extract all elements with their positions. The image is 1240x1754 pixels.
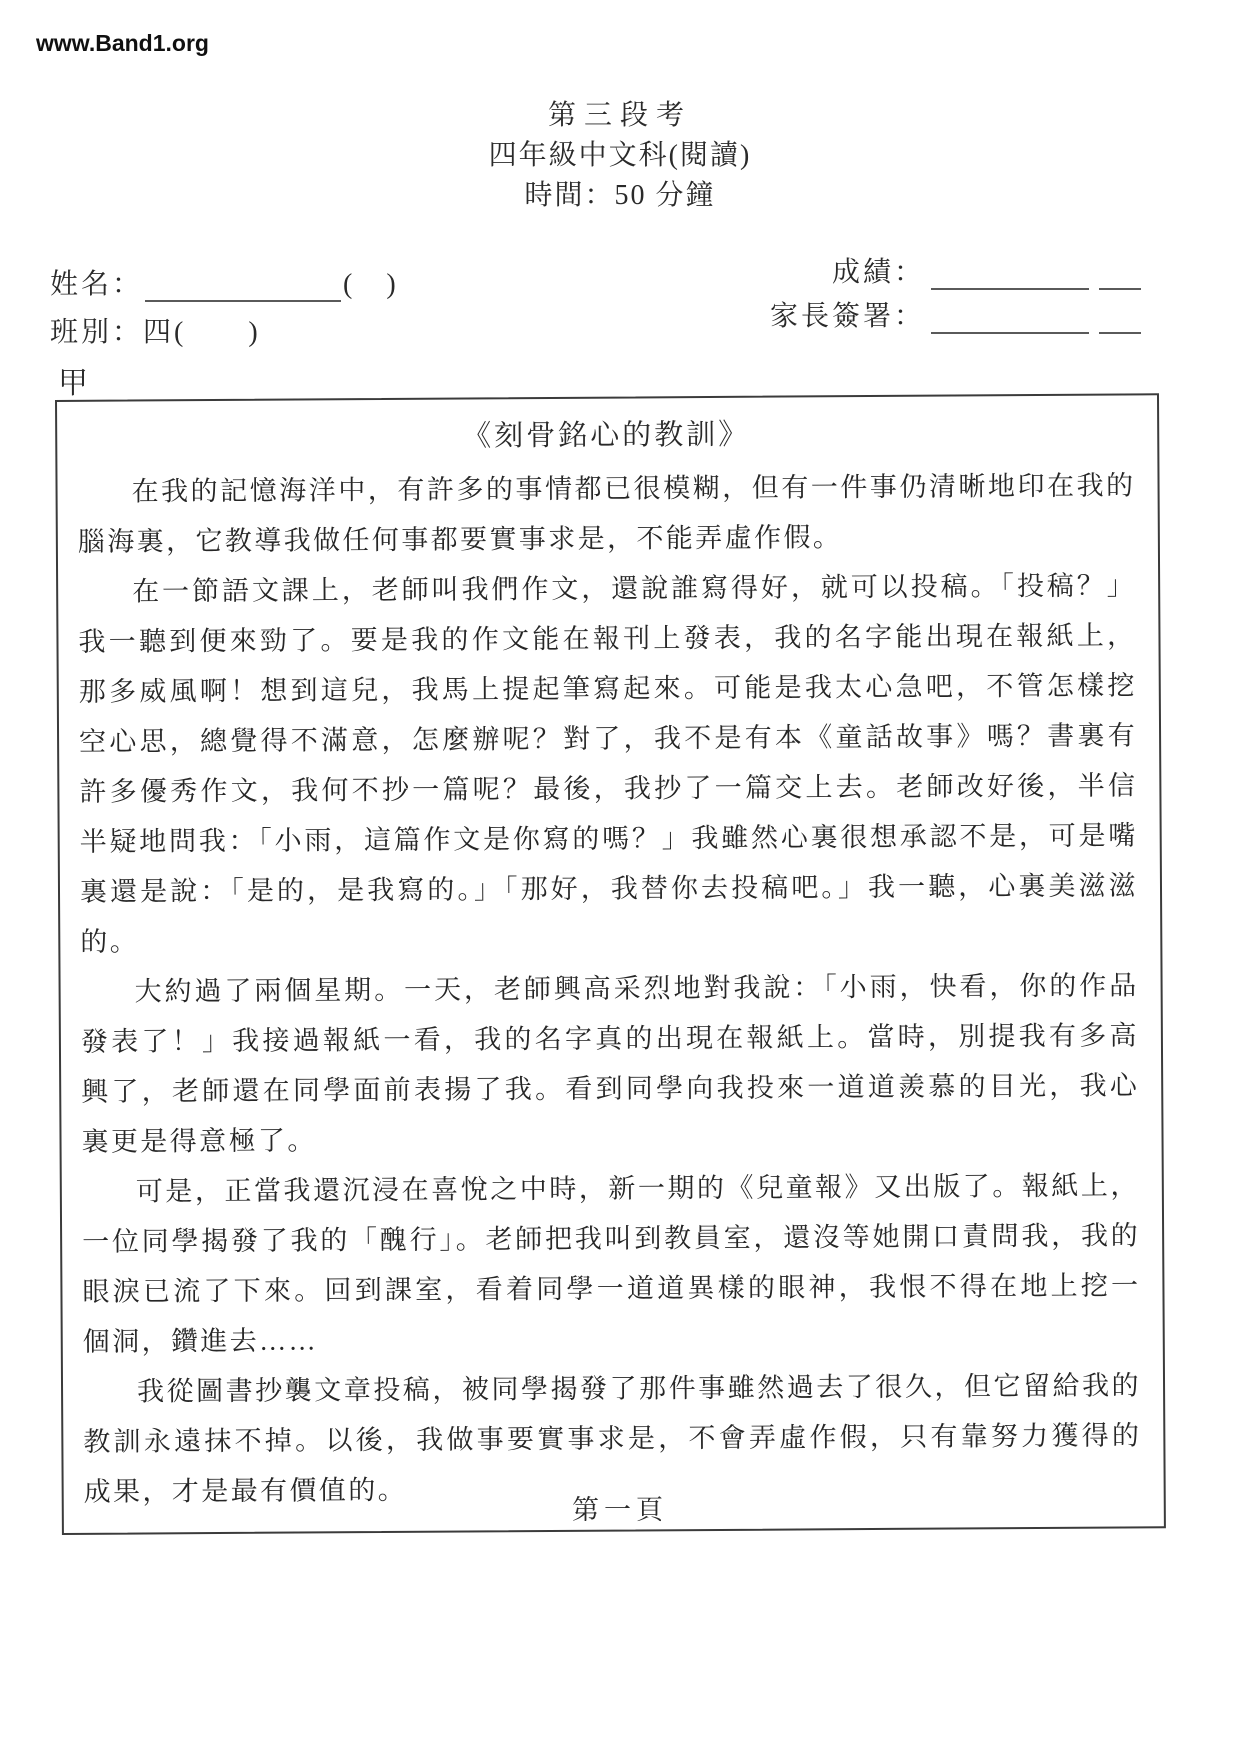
site-watermark: www.Band1.org bbox=[36, 30, 209, 57]
exam-paper-page: www.Band1.org 第三段考 四年級中文科(閱讀) 時間：50 分鐘 姓… bbox=[0, 0, 1240, 1754]
parent-sign-label: 家長簽署： bbox=[770, 294, 925, 334]
class-field-row: 班別： 四( ) bbox=[50, 302, 399, 350]
exam-title: 第三段考 bbox=[0, 96, 1240, 136]
page-number: 第一頁 bbox=[0, 1488, 1240, 1527]
passage-body: 在我的記憶海洋中，有許多的事情都已很模糊，但有一件事仍清晰地印在我的腦海裏，它教… bbox=[77, 460, 1141, 1516]
passage-paragraph: 在一節語文課上，老師叫我們作文，還說誰寫得好，就可以投稿。「投稿？」我一聽到便來… bbox=[78, 560, 1138, 966]
exam-header: 第三段考 四年級中文科(閱讀) 時間：50 分鐘 bbox=[0, 96, 1240, 216]
score-field-label: 成績： bbox=[775, 250, 925, 290]
passage-paragraph: 可是，正當我還沉浸在喜悅之中時，新一期的《兒童報》又出版了。報紙上，一位同學揭發… bbox=[82, 1160, 1141, 1366]
reading-passage-box: 《刻骨銘心的教訓》 在我的記憶海洋中，有許多的事情都已很模糊，但有一件事仍清晰地… bbox=[55, 393, 1166, 1535]
name-paren-blank: ( ) bbox=[343, 262, 399, 302]
passage-title: 《刻骨銘心的教訓》 bbox=[77, 409, 1135, 456]
parent-sign-blank-line-segment bbox=[1099, 304, 1141, 334]
passage-paragraph: 在我的記憶海洋中，有許多的事情都已很模糊，但有一件事仍清晰地印在我的腦海裏，它教… bbox=[77, 460, 1136, 566]
parent-sign-blank-line bbox=[931, 304, 1089, 334]
score-field-row: 成績： bbox=[770, 246, 1141, 290]
name-field-label: 姓名： bbox=[50, 262, 143, 302]
name-field-row: 姓名： ( ) bbox=[50, 254, 399, 302]
name-blank-line bbox=[145, 272, 341, 302]
grading-fields: 成績： 家長簽署： bbox=[770, 246, 1141, 334]
section-a-marker: 甲 bbox=[58, 358, 88, 402]
score-blank-line bbox=[931, 260, 1089, 290]
class-field-label: 班別： bbox=[50, 310, 143, 350]
exam-duration: 時間：50 分鐘 bbox=[0, 176, 1240, 216]
passage-paragraph: 大約過了兩個星期。一天，老師興高采烈地對我說：「小雨，快看，你的作品發表了！」我… bbox=[80, 960, 1139, 1166]
student-info-fields: 姓名： ( ) 班別： 四( ) bbox=[50, 254, 399, 350]
parent-sign-field-row: 家長簽署： bbox=[770, 290, 1141, 334]
exam-subject: 四年級中文科(閱讀) bbox=[0, 136, 1240, 176]
score-blank-line-segment bbox=[1099, 260, 1141, 290]
class-field-value: 四( ) bbox=[143, 310, 261, 350]
